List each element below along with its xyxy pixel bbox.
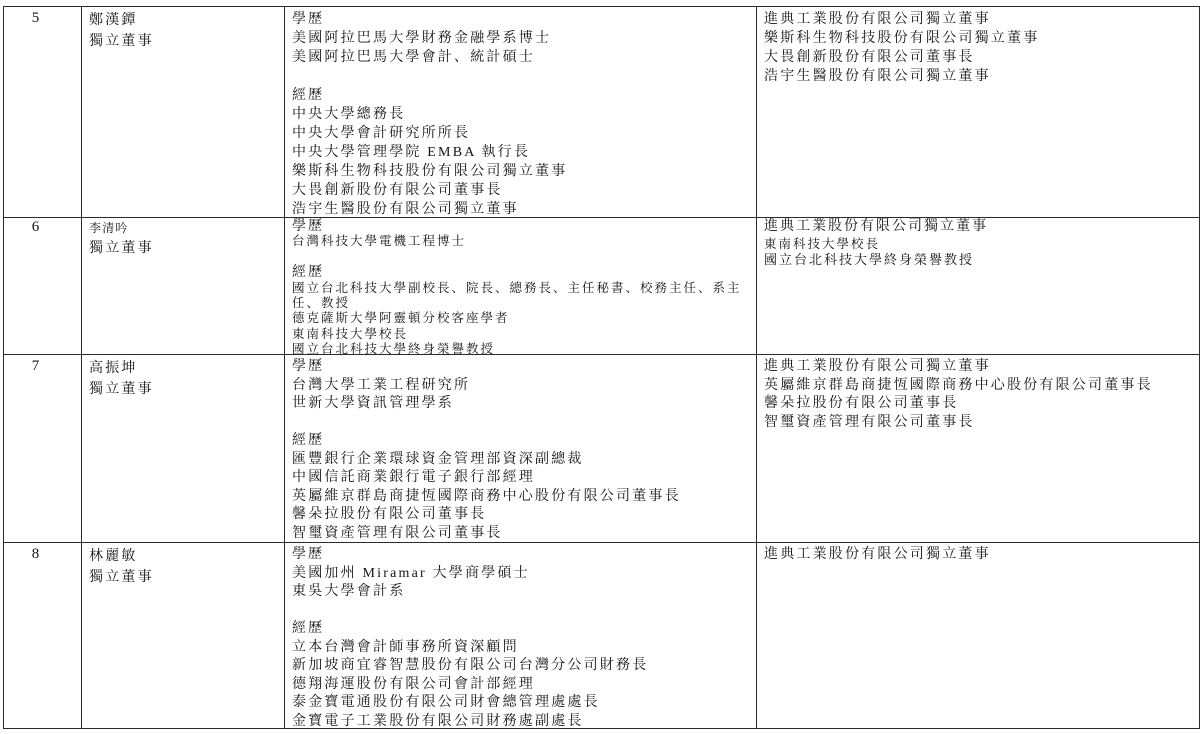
experience-line: 中央大學總務長 <box>292 105 749 124</box>
experience-line: 浩宇生醫股份有限公司獨立董事 <box>292 200 749 217</box>
director-name: 高振坤 <box>89 358 277 379</box>
experience-line: 金寶電子工業股份有限公司財務處副處長 <box>292 713 749 729</box>
director-name: 李清吟 <box>89 219 277 238</box>
directors-table: 5 鄭漢鐔 獨立董事 學歷 美國阿拉巴馬大學財務金融學系博士美國阿拉巴馬大學會計… <box>3 6 1200 729</box>
name-cell: 高振坤 獨立董事 <box>82 355 285 542</box>
document-page: { "document": { "kind": "company-directo… <box>0 0 1203 734</box>
director-row-7: 7 高振坤 獨立董事 學歷 台灣大學工業工程研究所世新大學資訊管理學系 經歷 匯… <box>4 354 1199 542</box>
position-line: 進典工業股份有限公司獨立董事 <box>764 10 1192 29</box>
education-heading: 學歷 <box>292 219 749 234</box>
education-experience-cell: 學歷 台灣科技大學電機工程博士 經歷 國立台北科技大學副校長、院長、總務長、主任… <box>285 218 757 354</box>
experience-line: 樂斯科生物科技股份有限公司獨立董事 <box>292 162 749 181</box>
education-line: 東吳大學會計系 <box>292 583 749 602</box>
position-line: 進典工業股份有限公司獨立董事 <box>764 358 1192 377</box>
education-list: 台灣大學工業工程研究所世新大學資訊管理學系 <box>292 377 749 414</box>
education-heading: 學歷 <box>292 10 749 29</box>
director-title: 獨立董事 <box>89 31 277 52</box>
director-title: 獨立董事 <box>89 238 277 259</box>
experience-line: 國立台北科技大學副校長、院長、總務長、主任秘書、校務主任、系主任、教授 <box>292 281 749 312</box>
position-line: 智璽資產管理有限公司董事長 <box>764 414 1192 433</box>
director-row-8: 8 林麗敏 獨立董事 學歷 美國加州 Miramar 大學商學碩士東吳大學會計系… <box>4 542 1199 728</box>
experience-heading: 經歷 <box>292 86 749 105</box>
education-line: 台灣科技大學電機工程博士 <box>292 234 749 249</box>
position-line: 大畏創新股份有限公司董事長 <box>764 48 1192 67</box>
experience-line: 新加坡商宜睿智慧股份有限公司台灣分公司財務長 <box>292 657 749 676</box>
name-cell: 李清吟 獨立董事 <box>82 218 285 354</box>
position-line: 東南科技大學校長 <box>764 236 1192 253</box>
director-number: 5 <box>4 10 67 27</box>
director-number: 8 <box>4 546 67 563</box>
experience-list: 匯豐銀行企業環球資金管理部資深副總裁中國信託商業銀行電子銀行部經理英屬維京群島商… <box>292 451 749 543</box>
education-heading: 學歷 <box>292 546 749 565</box>
education-line: 美國加州 Miramar 大學商學碩士 <box>292 565 749 584</box>
row-number-cell: 6 <box>4 218 82 354</box>
education-list: 美國加州 Miramar 大學商學碩士東吳大學會計系 <box>292 565 749 602</box>
experience-line: 德克薩斯大學阿靈頓分校客座學者 <box>292 311 749 326</box>
education-list: 美國阿拉巴馬大學財務金融學系博士美國阿拉巴馬大學會計、統計碩士 <box>292 29 749 67</box>
education-line: 世新大學資訊管理學系 <box>292 395 749 414</box>
experience-list: 國立台北科技大學副校長、院長、總務長、主任秘書、校務主任、系主任、教授德克薩斯大… <box>292 281 749 354</box>
name-cell: 林麗敏 獨立董事 <box>82 543 285 728</box>
row-number-cell: 8 <box>4 543 82 728</box>
position-line: 樂斯科生物科技股份有限公司獨立董事 <box>764 29 1192 48</box>
position-line: 國立台北科技大學終身榮譽教授 <box>764 252 1192 269</box>
experience-line: 英屬維京群島商捷恆國際商務中心股份有限公司董事長 <box>292 488 749 507</box>
experience-list: 中央大學總務長中央大學會計研究所所長中央大學管理學院 EMBA 執行長樂斯科生物… <box>292 105 749 217</box>
education-experience-cell: 學歷 美國加州 Miramar 大學商學碩士東吳大學會計系 經歷 立本台灣會計師… <box>285 543 757 728</box>
experience-line: 中央大學會計研究所所長 <box>292 124 749 143</box>
education-line: 台灣大學工業工程研究所 <box>292 377 749 396</box>
experience-list: 立本台灣會計師事務所資深顧問新加坡商宜睿智慧股份有限公司台灣分公司財務長德翔海運… <box>292 639 749 729</box>
experience-line: 國立台北科技大學終身榮譽教授 <box>292 342 749 354</box>
positions-cell: 進典工業股份有限公司獨立董事 <box>757 543 1199 728</box>
row-number-cell: 7 <box>4 355 82 542</box>
experience-heading: 經歷 <box>292 620 749 639</box>
director-row-6: 6 李清吟 獨立董事 學歷 台灣科技大學電機工程博士 經歷 國立台北科技大學副校… <box>4 217 1199 354</box>
name-cell: 鄭漢鐔 獨立董事 <box>82 7 285 217</box>
education-experience-cell: 學歷 美國阿拉巴馬大學財務金融學系博士美國阿拉巴馬大學會計、統計碩士 經歷 中央… <box>285 7 757 217</box>
experience-heading: 經歷 <box>292 265 749 280</box>
position-line: 進典工業股份有限公司獨立董事 <box>764 546 1192 565</box>
positions-cell: 進典工業股份有限公司獨立董事樂斯科生物科技股份有限公司獨立董事大畏創新股份有限公… <box>757 7 1199 217</box>
position-line: 進典工業股份有限公司獨立董事 <box>764 219 1192 236</box>
director-name: 鄭漢鐔 <box>89 10 277 31</box>
experience-line: 中國信託商業銀行電子銀行部經理 <box>292 469 749 488</box>
education-line: 美國阿拉巴馬大學財務金融學系博士 <box>292 29 749 48</box>
director-row-5: 5 鄭漢鐔 獨立董事 學歷 美國阿拉巴馬大學財務金融學系博士美國阿拉巴馬大學會計… <box>4 7 1199 217</box>
education-experience-cell: 學歷 台灣大學工業工程研究所世新大學資訊管理學系 經歷 匯豐銀行企業環球資金管理… <box>285 355 757 542</box>
experience-line: 泰金寶電通股份有限公司財會總管理處處長 <box>292 694 749 713</box>
experience-line: 中央大學管理學院 EMBA 執行長 <box>292 143 749 162</box>
director-title: 獨立董事 <box>89 379 277 400</box>
education-line: 美國阿拉巴馬大學會計、統計碩士 <box>292 48 749 67</box>
experience-line: 智璽資產管理有限公司董事長 <box>292 525 749 543</box>
position-line: 浩宇生醫股份有限公司獨立董事 <box>764 67 1192 86</box>
experience-line: 德翔海運股份有限公司會計部經理 <box>292 676 749 695</box>
director-name: 林麗敏 <box>89 546 277 567</box>
row-number-cell: 5 <box>4 7 82 217</box>
experience-line: 東南科技大學校長 <box>292 327 749 342</box>
education-heading: 學歷 <box>292 358 749 377</box>
position-line: 馨朵拉股份有限公司董事長 <box>764 395 1192 414</box>
experience-line: 匯豐銀行企業環球資金管理部資深副總裁 <box>292 451 749 470</box>
director-number: 6 <box>4 219 67 236</box>
experience-line: 馨朵拉股份有限公司董事長 <box>292 506 749 525</box>
positions-cell: 進典工業股份有限公司獨立董事英屬維京群島商捷恆國際商務中心股份有限公司董事長馨朵… <box>757 355 1199 542</box>
experience-heading: 經歷 <box>292 432 749 451</box>
education-list: 台灣科技大學電機工程博士 <box>292 234 749 249</box>
director-title: 獨立董事 <box>89 567 277 588</box>
director-number: 7 <box>4 358 67 375</box>
positions-cell: 進典工業股份有限公司獨立董事東南科技大學校長國立台北科技大學終身榮譽教授 <box>757 218 1199 354</box>
position-line: 英屬維京群島商捷恆國際商務中心股份有限公司董事長 <box>764 377 1192 396</box>
experience-line: 大畏創新股份有限公司董事長 <box>292 181 749 200</box>
experience-line: 立本台灣會計師事務所資深顧問 <box>292 639 749 658</box>
